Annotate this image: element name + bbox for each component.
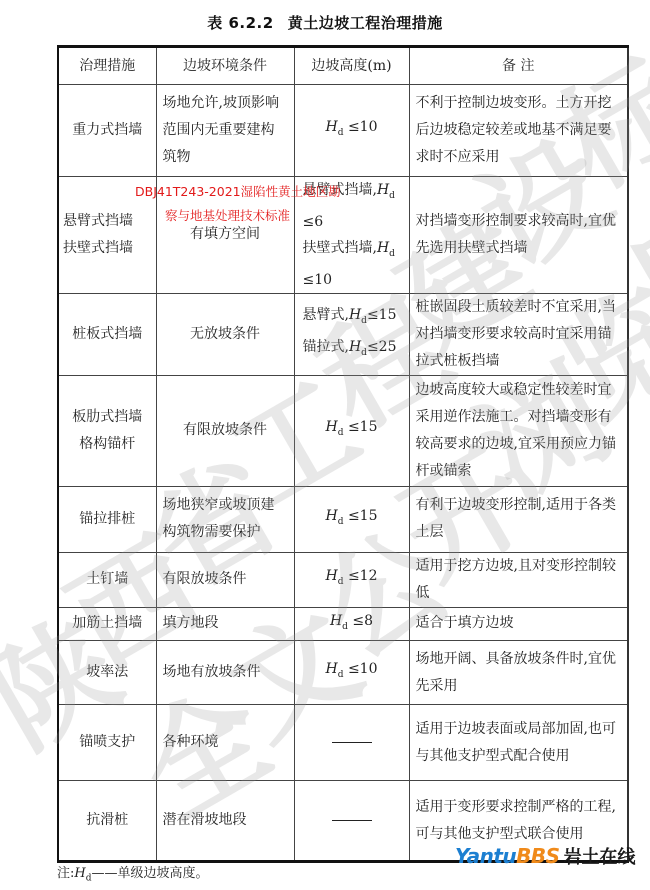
cell-environment: 场地狭窄或坡顶建构筑物需要保护 [156, 486, 294, 552]
table-row: 锚喷支护 各种环境 适用于边坡表面或局部加固,也可与其他支护型式配合使用 [58, 705, 628, 781]
cell-height [294, 705, 409, 781]
dash-placeholder [332, 742, 372, 743]
cell-height: Hd ≤15 [294, 486, 409, 552]
cell-measure: 坡率法 [58, 641, 156, 705]
cell-measure: 锚拉排桩 [58, 486, 156, 552]
cell-height: Hd ≤15 [294, 375, 409, 486]
cell-height: Hd ≤10 [294, 641, 409, 705]
cell-height: Hd ≤10 [294, 85, 409, 177]
cell-environment: 有限放坡条件 [156, 552, 294, 607]
overlay-line-2: 察与地基处理技术标准 [135, 204, 341, 228]
slope-treatment-table: 治理措施 边坡环境条件 边坡高度(m) 备 注 重力式挡墙 场地允许,坡顶影响范… [57, 45, 629, 863]
cell-measure: 土钉墙 [58, 552, 156, 607]
cell-height [294, 781, 409, 862]
cell-environment: 各种环境 [156, 705, 294, 781]
cell-environment: 场地允许,坡顶影响范围内无重要建构筑物 [156, 85, 294, 177]
table-row: 锚拉排桩 场地狭窄或坡顶建构筑物需要保护 Hd ≤15 有利于边坡变形控制,适用… [58, 486, 628, 552]
table-title: 表 6.2.2黄土边坡工程治理措施 [0, 12, 650, 33]
table-row: 桩板式挡墙 无放坡条件 悬臂式,Hd≤15 锚拉式,Hd≤25 桩嵌固段土质较差… [58, 293, 628, 375]
cell-remark: 不利于控制边坡变形。土方开挖后边坡稳定较差或地基不满足要求时不应采用 [409, 85, 628, 177]
table-header-row: 治理措施 边坡环境条件 边坡高度(m) 备 注 [58, 47, 628, 85]
cell-remark: 边坡高度较大或稳定性较差时宜采用逆作法施工。对挡墙变形有较高要求的边坡,宜采用预… [409, 375, 628, 486]
standard-reference-overlay: DBJ41T243-2021湿陷性黄土地区勘 察与地基处理技术标准 [135, 180, 341, 228]
header-height: 边坡高度(m) [294, 47, 409, 85]
cell-remark: 适用于挖方边坡,且对变形控制较低 [409, 552, 628, 607]
cell-environment: 填方地段 [156, 607, 294, 641]
table-number: 表 6.2.2 [207, 14, 273, 32]
table-row: 加筋土挡墙 填方地段 Hd ≤8 适合于填方边坡 [58, 607, 628, 641]
dash-placeholder [332, 820, 372, 821]
cell-height: Hd ≤8 [294, 607, 409, 641]
table-row: 土钉墙 有限放坡条件 Hd ≤12 适用于挖方边坡,且对变形控制较低 [58, 552, 628, 607]
overlay-line-1: DBJ41T243-2021湿陷性黄土地区勘 [135, 180, 341, 204]
table-title-text: 黄土边坡工程治理措施 [288, 14, 443, 32]
cell-height: Hd ≤12 [294, 552, 409, 607]
header-environment: 边坡环境条件 [156, 47, 294, 85]
cell-measure: 重力式挡墙 [58, 85, 156, 177]
cell-height: 悬臂式,Hd≤15 锚拉式,Hd≤25 [294, 293, 409, 375]
cell-environment: 场地有放坡条件 [156, 641, 294, 705]
cell-remark: 桩嵌固段土质较差时不宜采用,当对挡墙变形要求较高时宜采用锚拉式桩板挡墙 [409, 293, 628, 375]
cell-environment: 潜在滑坡地段 [156, 781, 294, 862]
cell-remark: 有利于边坡变形控制,适用于各类土层 [409, 486, 628, 552]
cell-environment: 无放坡条件 [156, 293, 294, 375]
table-row: 重力式挡墙 场地允许,坡顶影响范围内无重要建构筑物 Hd ≤10 不利于控制边坡… [58, 85, 628, 177]
cell-remark: 场地开阔、具备放坡条件时,宜优先采用 [409, 641, 628, 705]
cell-measure: 板肋式挡墙 格构锚杆 [58, 375, 156, 486]
yantubbs-logo: YantuBBS岩土在线 [455, 843, 636, 869]
cell-measure: 抗滑桩 [58, 781, 156, 862]
cell-measure: 加筋土挡墙 [58, 607, 156, 641]
cell-remark: 对挡墙变形控制要求较高时,宜优先选用扶壁式挡墙 [409, 177, 628, 294]
table-row: 板肋式挡墙 格构锚杆 有限放坡条件 Hd ≤15 边坡高度较大或稳定性较差时宜采… [58, 375, 628, 486]
cell-remark: 适用于边坡表面或局部加固,也可与其他支护型式配合使用 [409, 705, 628, 781]
header-remark: 备 注 [409, 47, 628, 85]
cell-remark: 适合于填方边坡 [409, 607, 628, 641]
table-row: 坡率法 场地有放坡条件 Hd ≤10 场地开阔、具备放坡条件时,宜优先采用 [58, 641, 628, 705]
header-measure: 治理措施 [58, 47, 156, 85]
cell-environment: 有限放坡条件 [156, 375, 294, 486]
table-note: 注:Hd——单级边坡高度。 [57, 862, 209, 884]
cell-measure: 锚喷支护 [58, 705, 156, 781]
cell-measure: 桩板式挡墙 [58, 293, 156, 375]
